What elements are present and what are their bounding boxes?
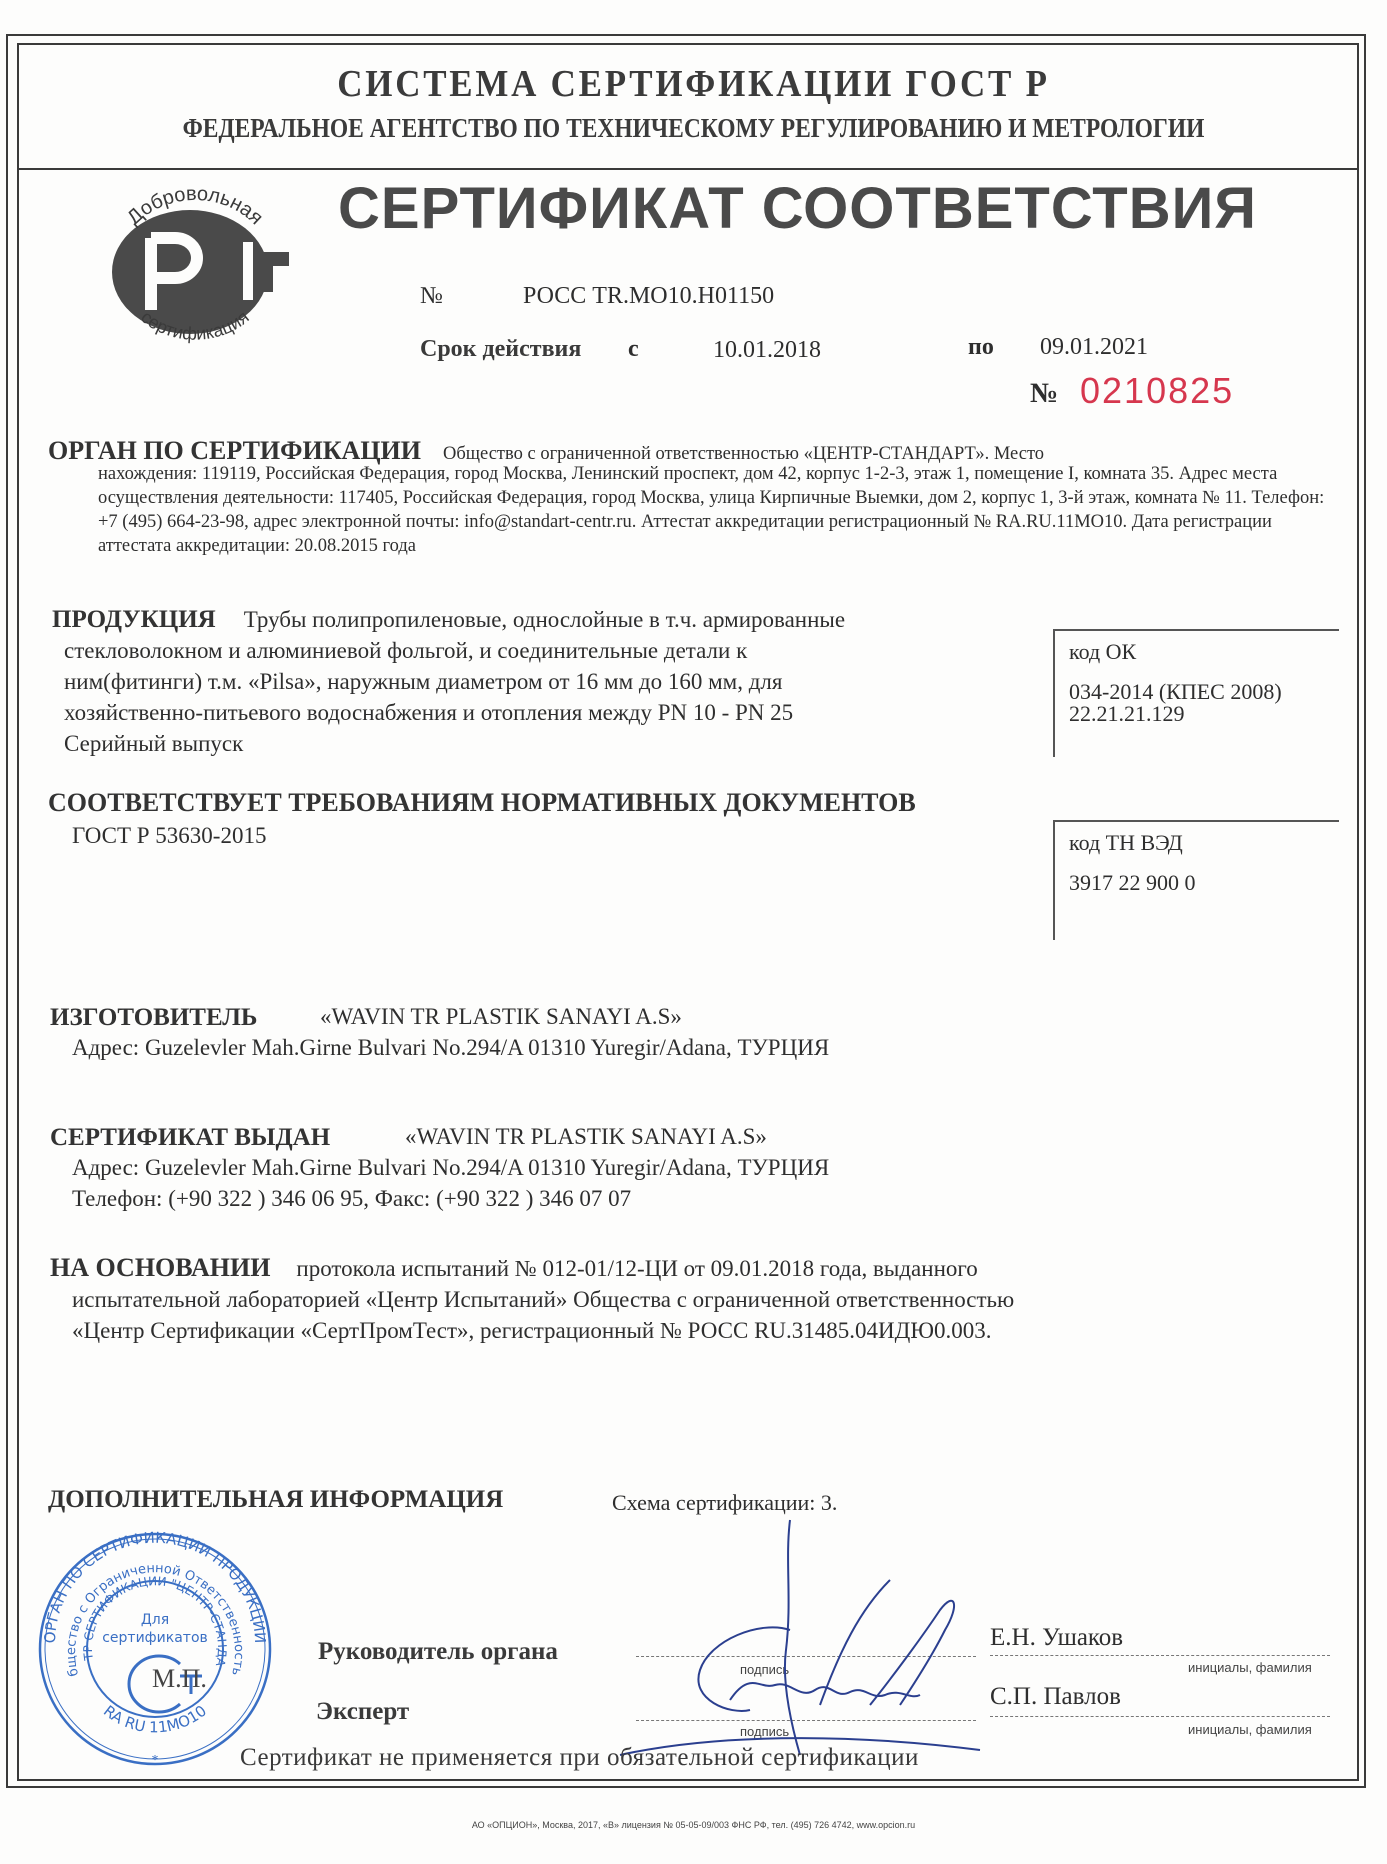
header-divider bbox=[17, 168, 1359, 170]
head-name-caption: инициалы, фамилия bbox=[1188, 1660, 1312, 1675]
product-line2: стекловолокном и алюминиевой фольгой, и … bbox=[52, 635, 1032, 666]
issued-to-name: «WAVIN TR PLASTIK SANAYI A.S» bbox=[405, 1124, 767, 1150]
conformity-section: СООТВЕТСТВУЕТ ТРЕБОВАНИЯМ НОРМАТИВНЫХ ДО… bbox=[48, 788, 916, 818]
head-of-body-label: Руководитель органа bbox=[318, 1638, 558, 1666]
certification-body-line1: Общество с ограниченной ответственностью… bbox=[443, 444, 1044, 464]
svg-text:сертификатов: сертификатов bbox=[102, 1630, 208, 1646]
validity-to-label: по bbox=[968, 334, 994, 361]
stamp-place-label: М.П. bbox=[152, 1664, 207, 1694]
basis-heading: НА ОСНОВАНИИ bbox=[50, 1253, 270, 1282]
product-line1: Трубы полипропиленовые, однослойные в т.… bbox=[244, 607, 845, 632]
product-heading: ПРОДУКЦИЯ bbox=[52, 606, 216, 633]
issued-to-heading: СЕРТИФИКАТ ВЫДАН bbox=[50, 1124, 330, 1152]
code-tn-box: код ТН ВЭД 3917 22 900 0 bbox=[1053, 820, 1339, 940]
code-ok-value1: 034-2014 (КПЕС 2008) bbox=[1069, 681, 1339, 703]
basis-section: НА ОСНОВАНИИпротокола испытаний № 012-01… bbox=[50, 1252, 1250, 1346]
certificate-number: РОСС TR.МО10.Н01150 bbox=[523, 283, 774, 310]
code-ok-label: код ОК bbox=[1069, 639, 1339, 665]
manufacturer-address: Адрес: Guzelevler Mah.Girne Bulvari No.2… bbox=[72, 1035, 829, 1061]
issued-to-phone: Телефон: (+90 322 ) 346 06 95, Факс: (+9… bbox=[72, 1186, 631, 1212]
certification-body-heading: ОРГАН ПО СЕРТИФИКАЦИИ bbox=[48, 436, 421, 465]
manufacturer-name: «WAVIN TR PLASTIK SANAYI A.S» bbox=[320, 1004, 682, 1030]
valid-to-date: 09.01.2021 bbox=[1040, 334, 1148, 361]
basis-line2: испытательной лабораторией «Центр Испыта… bbox=[50, 1284, 1250, 1315]
conformity-heading: СООТВЕТСТВУЕТ ТРЕБОВАНИЯМ НОРМАТИВНЫХ ДО… bbox=[48, 788, 916, 817]
serial-number: 0210825 bbox=[1080, 370, 1234, 412]
number-label: № bbox=[420, 283, 443, 310]
product-section: ПРОДУКЦИЯТрубы полипропиленовые, односло… bbox=[52, 604, 1032, 759]
additional-info-heading: ДОПОЛНИТЕЛЬНАЯ ИНФОРМАЦИЯ bbox=[48, 1486, 503, 1514]
manufacturer-heading: ИЗГОТОВИТЕЛЬ bbox=[50, 1004, 257, 1032]
basis-line1: протокола испытаний № 012-01/12-ЦИ от 09… bbox=[296, 1256, 977, 1281]
product-line4: хозяйственно-питьевого водоснабжения и о… bbox=[52, 697, 1032, 728]
validity-label: Срок действия bbox=[420, 336, 581, 363]
code-tn-label: код ТН ВЭД bbox=[1069, 830, 1339, 856]
basis-line3: «Центр Сертификации «СертПромТест», реги… bbox=[50, 1315, 1250, 1346]
product-line5: Серийный выпуск bbox=[52, 728, 1032, 759]
svg-text:RA RU 11МО10: RA RU 11МО10 bbox=[100, 1702, 210, 1737]
disclaimer-text: Сертификат не применяется при обязательн… bbox=[240, 1744, 919, 1772]
code-ok-box: код ОК 034-2014 (КПЕС 2008) 22.21.21.129 bbox=[1053, 629, 1339, 757]
code-ok-value2: 22.21.21.129 bbox=[1069, 703, 1339, 725]
certificate-title: СЕРТИФИКАТ СООТВЕТСТВИЯ bbox=[338, 175, 1257, 242]
serial-label: № bbox=[1030, 378, 1058, 410]
validity-from-label: с bbox=[628, 336, 639, 363]
system-title: СИСТЕМА СЕРТИФИКАЦИИ ГОСТ Р bbox=[55, 62, 1331, 106]
agency-title: ФЕДЕРАЛЬНОЕ АГЕНТСТВО ПО ТЕХНИЧЕСКОМУ РЕ… bbox=[90, 113, 1297, 144]
expert-label: Эксперт bbox=[316, 1698, 409, 1726]
code-tn-value: 3917 22 900 0 bbox=[1069, 872, 1339, 894]
conformity-standard: ГОСТ Р 53630-2015 bbox=[72, 823, 266, 849]
product-line3: ним(фитинги) т.м. «Pilsa», наружным диам… bbox=[52, 666, 1032, 697]
certification-body-section: ОРГАН ПО СЕРТИФИКАЦИИОбщество с ограниче… bbox=[48, 436, 1348, 558]
printer-info: АО «ОПЦИОН», Москва, 2017, «В» лицензия … bbox=[0, 1820, 1387, 1830]
issued-to-address: Адрес: Guzelevler Mah.Girne Bulvari No.2… bbox=[72, 1155, 829, 1181]
svg-text:*: * bbox=[152, 1753, 159, 1768]
svg-text:Для: Для bbox=[141, 1612, 169, 1628]
handwritten-signature-icon bbox=[560, 1500, 1060, 1770]
official-stamp-icon: ОРГАН ПО СЕРТИФИКАЦИИ ПРОДУКЦИИ Общество… bbox=[30, 1524, 280, 1774]
valid-from-date: 10.01.2018 bbox=[713, 337, 821, 364]
expert-name-caption: инициалы, фамилия bbox=[1188, 1722, 1312, 1737]
certification-body-details: нахождения: 119119, Российская Федерация… bbox=[48, 462, 1348, 558]
rst-logo-icon: Добровольная сертификация bbox=[95, 180, 295, 360]
